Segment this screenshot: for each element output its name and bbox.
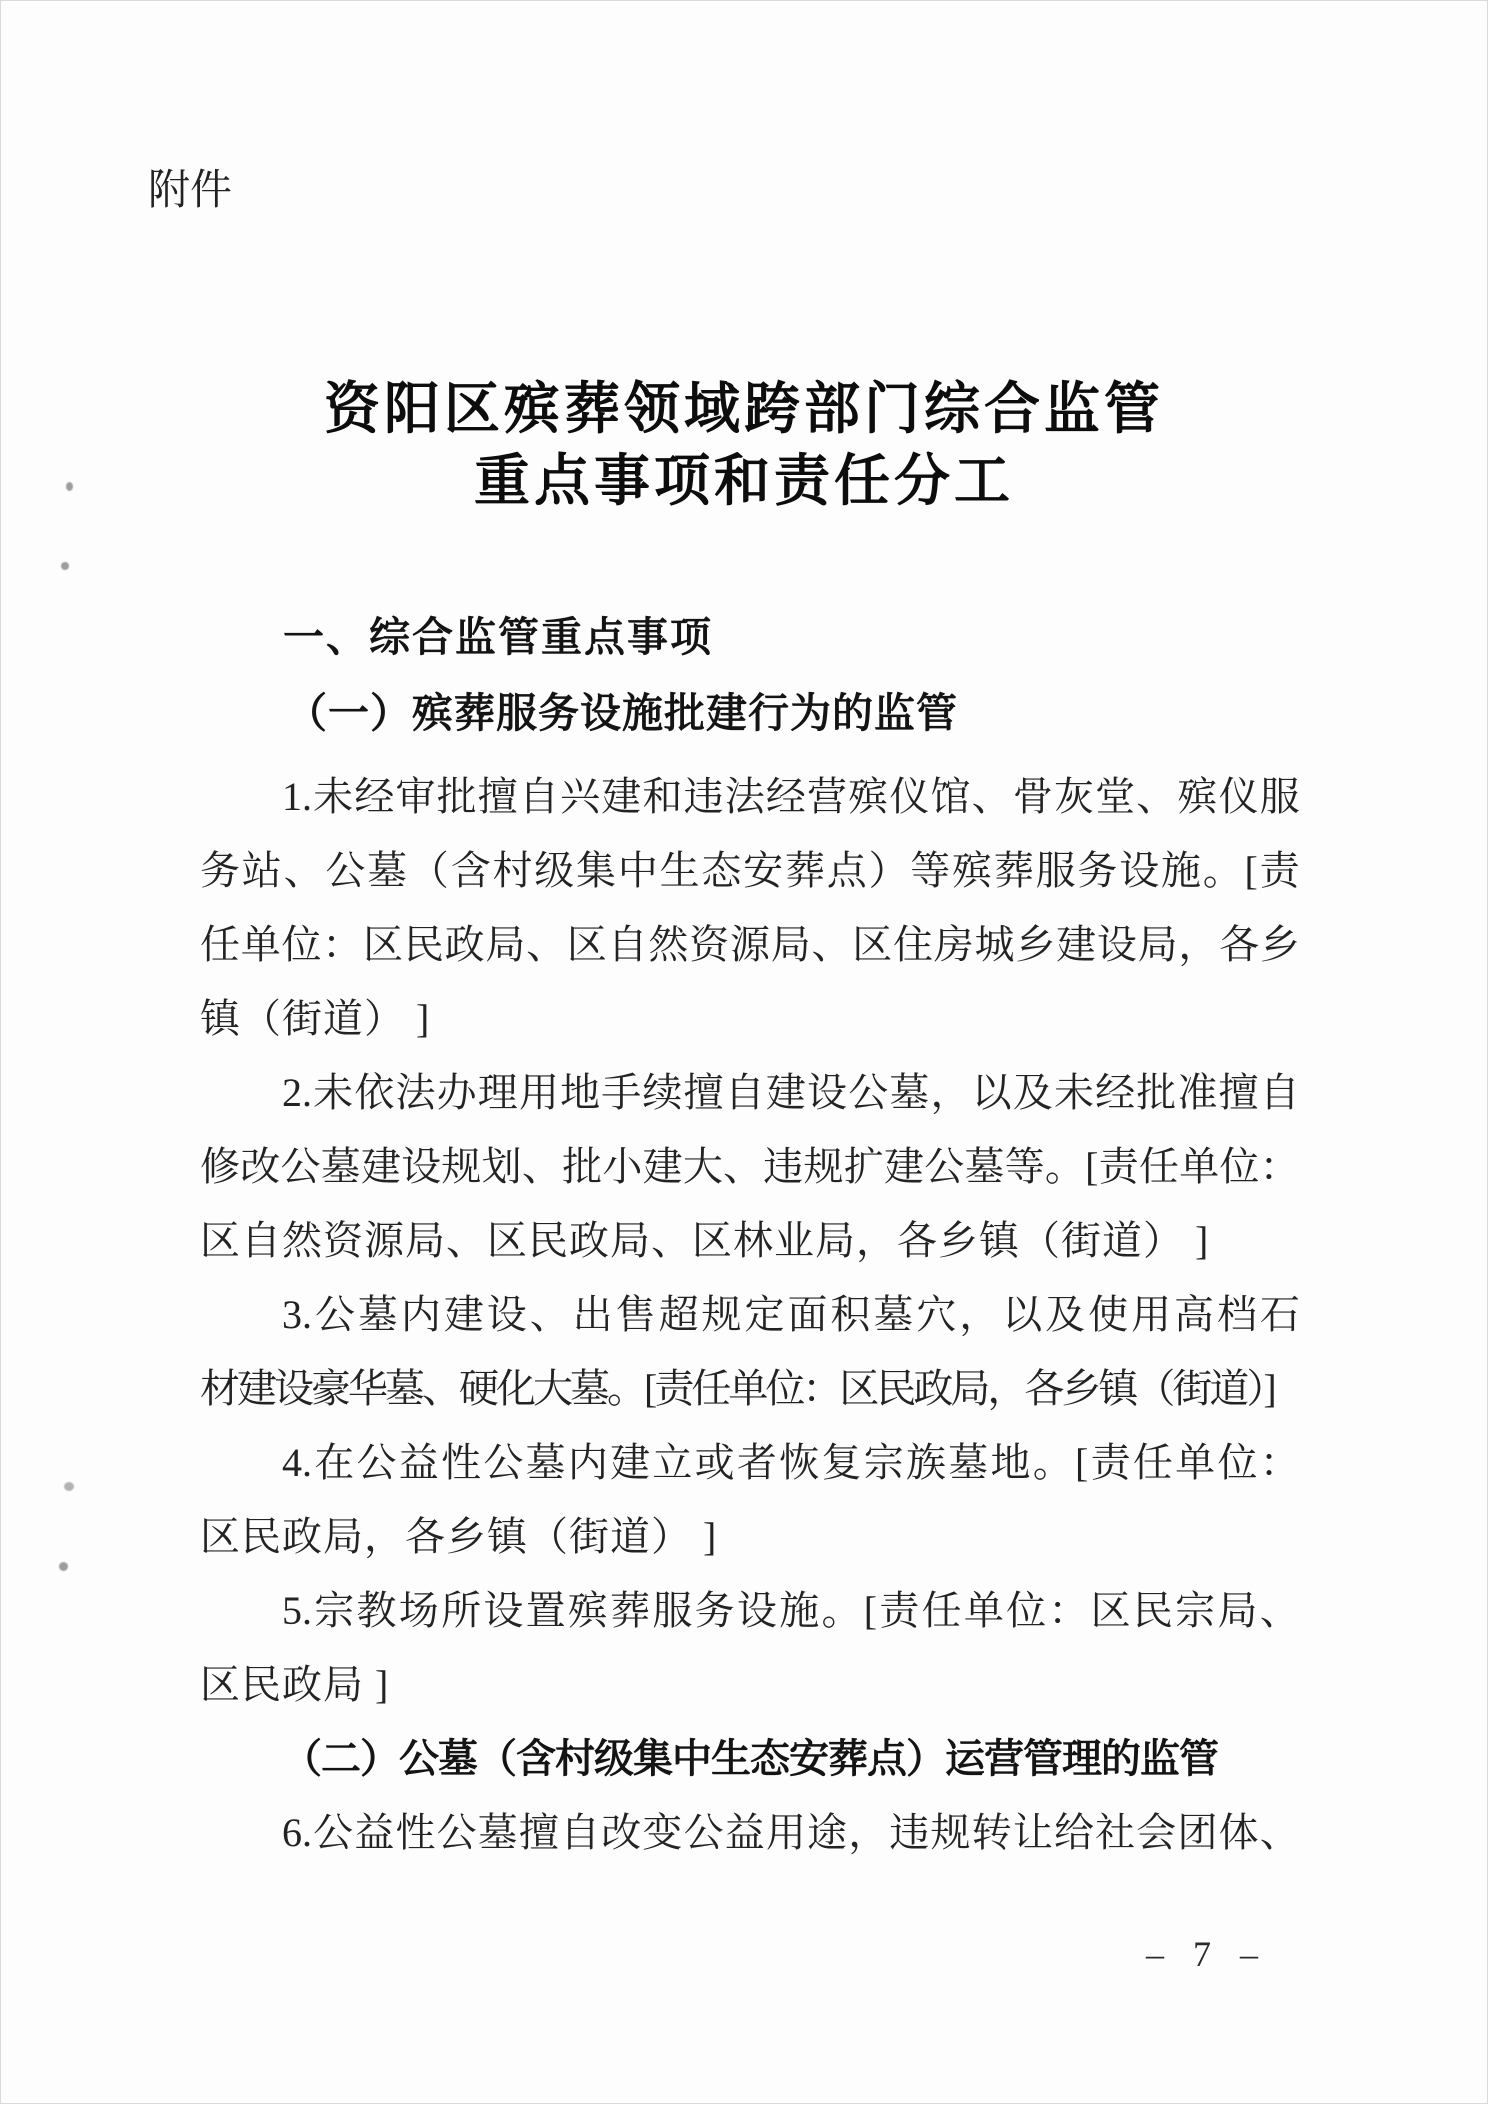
body-line: 材建设豪华墓、硬化大墓。[责任单位：区民政局，各乡镇（街道）] xyxy=(200,1352,1300,1426)
title-line-1: 资阳区殡葬领域跨部门综合监管 xyxy=(0,374,1488,446)
attachment-label: 附件 xyxy=(148,166,232,214)
body-line: 务站、公墓（含村级集中生态安葬点）等殡葬服务设施。[责 xyxy=(200,834,1300,908)
subsection-heading-2: （二）公墓（含村级集中生态安葬点）运营管理的监管 xyxy=(200,1722,1300,1796)
body-line: 区自然资源局、区民政局、区林业局，各乡镇（街道） ] xyxy=(200,1204,1300,1278)
body-line: 6.公益性公墓擅自改变公益用途，违规转让给社会团体、 xyxy=(200,1796,1300,1870)
body-line: 任单位：区民政局、区自然资源局、区住房城乡建设局，各乡 xyxy=(200,908,1300,982)
scan-speckle xyxy=(59,1562,68,1571)
subsection-heading-1: （一）殡葬服务设施批建行为的监管 xyxy=(286,676,958,750)
document-page: 附件 资阳区殡葬领域跨部门综合监管 重点事项和责任分工 一、综合监管重点事项 （… xyxy=(0,0,1488,2104)
section-heading-1: 一、综合监管重点事项 xyxy=(283,600,713,674)
body-line: 镇（街道） ] xyxy=(200,982,1300,1056)
scan-speckle xyxy=(64,1482,74,1491)
scan-speckle xyxy=(66,482,73,491)
title-line-2: 重点事项和责任分工 xyxy=(0,446,1488,518)
body-line: 1.未经审批擅自兴建和违法经营殡仪馆、骨灰堂、殡仪服 xyxy=(200,760,1300,834)
body-line: 5.宗教场所设置殡葬服务设施。[责任单位：区民宗局、 xyxy=(200,1574,1300,1648)
body-text: 1.未经审批擅自兴建和违法经营殡仪馆、骨灰堂、殡仪服务站、公墓（含村级集中生态安… xyxy=(200,760,1300,1870)
scan-speckle xyxy=(61,562,69,570)
body-line: 2.未依法办理用地手续擅自建设公墓，以及未经批准擅自 xyxy=(200,1056,1300,1130)
body-line: 3.公墓内建设、出售超规定面积墓穴，以及使用高档石 xyxy=(200,1278,1300,1352)
page-number: – 7 – xyxy=(1146,1932,1268,1976)
body-line: 区民政局，各乡镇（街道） ] xyxy=(200,1500,1300,1574)
document-title: 资阳区殡葬领域跨部门综合监管 重点事项和责任分工 xyxy=(0,374,1488,518)
body-line: 修改公墓建设规划、批小建大、违规扩建公墓等。[责任单位： xyxy=(200,1130,1300,1204)
body-line: 区民政局 ] xyxy=(200,1648,1300,1722)
body-line: 4.在公益性公墓内建立或者恢复宗族墓地。[责任单位： xyxy=(200,1426,1300,1500)
